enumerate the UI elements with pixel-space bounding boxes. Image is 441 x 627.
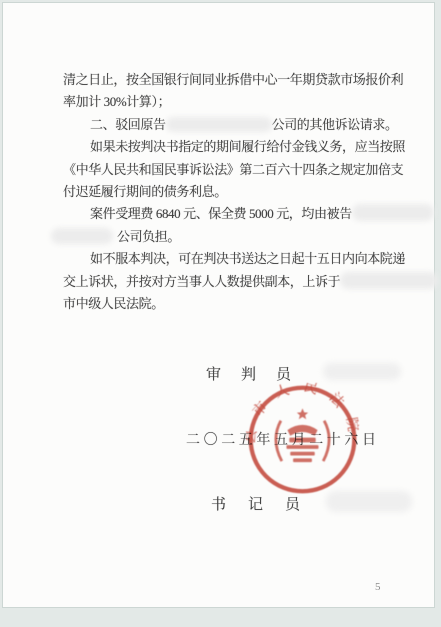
judgment-line: 交上诉状，并按对方当事人人数提供副本，上诉于 [63,271,408,293]
redaction-blur [352,204,434,221]
judgment-line: 如不服本判决，可在判决书送达之日起十五日内向本院递 [63,248,408,270]
judgment-line: 《中华人民共和国民事诉讼法》第二百六十四条之规定加倍支 [63,159,408,181]
line-text: 清之日止，按全国银行间同业拆借中心一年期贷款市场报价利 [63,72,403,87]
official-court-seal-icon: 县市人民法院 [246,383,359,496]
line-text: 市中级人民法院。 [63,296,164,311]
line-text: 公司负担。 [117,229,180,244]
judgment-line: 率加计 30%计算）； [63,91,408,113]
line-text: 付迟延履行期间的债务利息。 [63,184,227,199]
line-text: 二、驳回原告 [90,117,166,132]
line-text: 如果未按判决书指定的期间履行给付金钱义务，应当按照 [90,139,405,154]
judge-label: 审判员 [206,363,311,384]
clerk-name-redaction [326,491,412,512]
page-number: 5 [375,581,381,593]
judgment-line: 二、驳回原告公司的其他诉讼请求。 [63,114,408,136]
clerk-label: 书记员 [211,493,322,514]
line-text: 案件受理费 6840 元、保全费 5000 元，均由被告 [90,206,352,221]
judgment-line: 案件受理费 6840 元、保全费 5000 元，均由被告 [63,203,408,225]
document-page: 清之日止，按全国银行间同业拆借中心一年期贷款市场报价利 率加计 30%计算）； … [2,2,435,608]
judgment-line: 清之日止，按全国银行间同业拆借中心一年期贷款市场报价利 [63,69,408,91]
judgment-line: 付迟延履行期间的债务利息。 [63,181,408,203]
redaction-blur [340,272,438,289]
line-text: 如不服本判决，可在判决书送达之日起十五日内向本院递 [90,251,405,266]
national-emblem-icon [276,408,329,462]
line-text: 《中华人民共和国民事诉讼法》第二百六十四条之规定加倍支 [63,162,403,177]
redaction-blur [51,228,113,244]
line-text: 率加计 30%计算）； [63,94,170,109]
judge-name-redaction [323,363,401,380]
judgment-line: 公司负担。 [63,226,408,248]
line-text: 交上诉状，并按对方当事人人数提供副本，上诉于 [63,274,340,289]
judgment-line: 如果未按判决书指定的期间履行给付金钱义务，应当按照 [63,136,408,158]
line-text: 公司的其他诉讼请求。 [272,117,398,132]
redaction-blur [166,117,272,132]
photo-background: { "doc": { "lines": { "l1": "清之日止，按全国银行间… [0,0,441,627]
judgment-line: 市中级人民法院。 [63,293,408,315]
judgment-body: 清之日止，按全国银行间同业拆借中心一年期贷款市场报价利 率加计 30%计算）； … [63,69,408,315]
